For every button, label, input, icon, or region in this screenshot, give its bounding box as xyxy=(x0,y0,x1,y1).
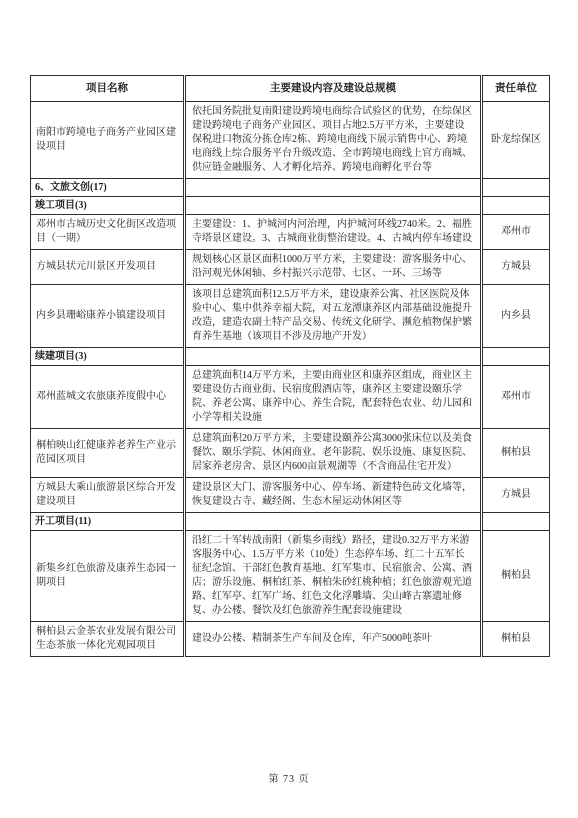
construction-content-cell: 建设景区大门、游客服务中心、停车场、新建特色砖文化墙等，恢复建设古寺、藏经阁、生… xyxy=(185,478,482,513)
project-name-cell: 新集乡红色旅游及康养生态园一期项目 xyxy=(31,531,185,622)
project-name-cell: 内乡县珊峪康养小镇建设项目 xyxy=(31,285,185,348)
construction-content-cell: 建设办公楼、精制茶生产车间及仓库，年产5000吨茶叶 xyxy=(185,622,482,657)
section-row: 开工项目(11) xyxy=(31,513,550,531)
construction-content-cell: 该项目总建筑面积12.5万平方米，建设康养公寓、社区医院及体验中心、集中供养幸福… xyxy=(185,285,482,348)
responsible-unit-cell: 方城县 xyxy=(482,250,550,285)
project-name-cell: 方城县大乘山旅游景区综合开发建设项目 xyxy=(31,478,185,513)
header-project-name: 项目名称 xyxy=(31,76,185,102)
construction-content-cell: 依托国务院批复南阳建设跨境电商综合试验区的优势，在综保区建设跨境电子商务产业园区… xyxy=(185,102,482,179)
empty-cell xyxy=(482,197,550,215)
section-row: 续建项目(3) xyxy=(31,348,550,366)
document-page: 项目名称 主要建设内容及建设总规模 责任单位 南阳市跨境电子商务产业园区建设项目… xyxy=(0,0,578,818)
header-responsible-unit: 责任单位 xyxy=(482,76,550,102)
section-label: 续建项目(3) xyxy=(31,348,185,366)
table-row: 方城县大乘山旅游景区综合开发建设项目建设景区大门、游客服务中心、停车场、新建特色… xyxy=(31,478,550,513)
responsible-unit-cell: 内乡县 xyxy=(482,285,550,348)
construction-content-cell: 规划核心区景区面积1000万平方米，主要建设：游客服务中心、沿河观光休闲轴、乡村… xyxy=(185,250,482,285)
empty-cell xyxy=(482,179,550,197)
table-row: 邓州市古城历史文化街区改造项目（一期）主要建设：1、护城河内河治理，内护城河环线… xyxy=(31,215,550,250)
responsible-unit-cell: 邓州市 xyxy=(482,366,550,429)
responsible-unit-cell: 桐柏县 xyxy=(482,429,550,478)
empty-cell xyxy=(482,348,550,366)
project-name-cell: 邓州市古城历史文化街区改造项目（一期） xyxy=(31,215,185,250)
header-construction-content: 主要建设内容及建设总规模 xyxy=(185,76,482,102)
table-row: 内乡县珊峪康养小镇建设项目该项目总建筑面积12.5万平方米，建设康养公寓、社区医… xyxy=(31,285,550,348)
table-row: 南阳市跨境电子商务产业园区建设项目依托国务院批复南阳建设跨境电商综合试验区的优势… xyxy=(31,102,550,179)
responsible-unit-cell: 桐柏县 xyxy=(482,622,550,657)
section-row: 竣工项目(3) xyxy=(31,197,550,215)
project-name-cell: 桐柏县云金茶农业发展有限公司生态茶旅一体化光观园项目 xyxy=(31,622,185,657)
empty-cell xyxy=(185,179,482,197)
project-table: 项目名称 主要建设内容及建设总规模 责任单位 南阳市跨境电子商务产业园区建设项目… xyxy=(30,75,550,657)
section-label: 竣工项目(3) xyxy=(31,197,185,215)
responsible-unit-cell: 桐柏县 xyxy=(482,531,550,622)
empty-cell xyxy=(185,348,482,366)
responsible-unit-cell: 方城县 xyxy=(482,478,550,513)
construction-content-cell: 沿红二十军转战南阳（新集乡南线）路径，建设0.32万平方米游客服务中心、1.5万… xyxy=(185,531,482,622)
section-label: 6、文旅文创(17) xyxy=(31,179,185,197)
responsible-unit-cell: 邓州市 xyxy=(482,215,550,250)
empty-cell xyxy=(185,197,482,215)
project-name-cell: 邓州蓝城文农旅康养度假中心 xyxy=(31,366,185,429)
table-row: 邓州蓝城文农旅康养度假中心总建筑面积14万平方米，主要由商业区和康养区组成，商业… xyxy=(31,366,550,429)
empty-cell xyxy=(482,513,550,531)
construction-content-cell: 总建筑面积14万平方米，主要由商业区和康养区组成，商业区主要建设仿古商业街、民宿… xyxy=(185,366,482,429)
table-header-row: 项目名称 主要建设内容及建设总规模 责任单位 xyxy=(31,76,550,102)
table-row: 新集乡红色旅游及康养生态园一期项目沿红二十军转战南阳（新集乡南线）路径，建设0.… xyxy=(31,531,550,622)
table-row: 桐柏县云金茶农业发展有限公司生态茶旅一体化光观园项目建设办公楼、精制茶生产车间及… xyxy=(31,622,550,657)
construction-content-cell: 主要建设：1、护城河内河治理，内护城河环线2740米。2、福胜寺塔景区建设。3、… xyxy=(185,215,482,250)
responsible-unit-cell: 卧龙综保区 xyxy=(482,102,550,179)
construction-content-cell: 总建筑面积20万平方米，主要建设颐养公寓3000张床位以及美食餐饮、颐乐学院、休… xyxy=(185,429,482,478)
page-number: 第 73 页 xyxy=(0,770,578,785)
project-name-cell: 桐柏映山红健康养老养生产业示范园区项目 xyxy=(31,429,185,478)
table-row: 桐柏映山红健康养老养生产业示范园区项目总建筑面积20万平方米，主要建设颐养公寓3… xyxy=(31,429,550,478)
section-row: 6、文旅文创(17) xyxy=(31,179,550,197)
empty-cell xyxy=(185,513,482,531)
project-name-cell: 南阳市跨境电子商务产业园区建设项目 xyxy=(31,102,185,179)
section-label: 开工项目(11) xyxy=(31,513,185,531)
project-name-cell: 方城县状元川景区开发项目 xyxy=(31,250,185,285)
table-row: 方城县状元川景区开发项目规划核心区景区面积1000万平方米，主要建设：游客服务中… xyxy=(31,250,550,285)
